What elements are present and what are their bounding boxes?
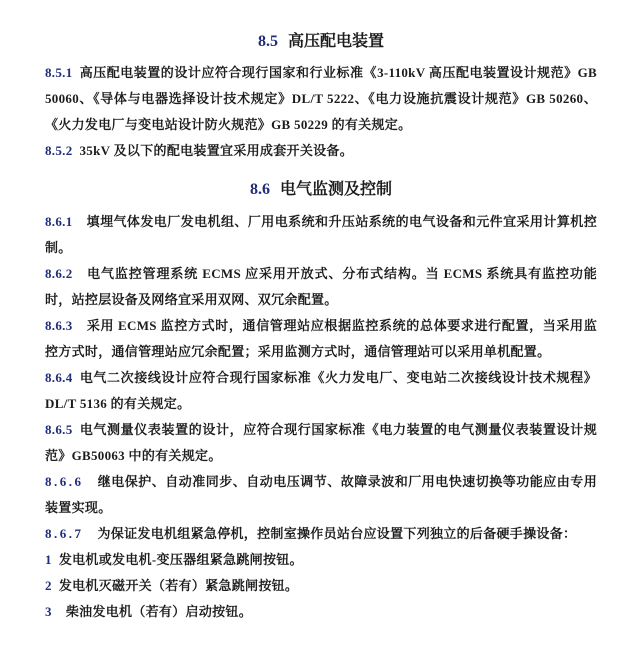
list-item-number: 3 — [45, 604, 52, 619]
section-title: 高压配电装置 — [288, 33, 384, 50]
clause-paragraph-8-6-5: 8.6.5电气测量仪表装置的设计，应符合现行国家标准《电力装置的电气测量仪表装置… — [45, 417, 597, 469]
list-item-text: 发电机或发电机-变压器组紧急跳闸按钮。 — [59, 552, 303, 567]
clause-number: 8.6.3 — [45, 318, 73, 333]
clause-number: 8.6.2 — [45, 266, 73, 281]
clause-text: 继电保护、自动准同步、自动电压调节、故障录波和厂用电快速切换等功能应由专用装置实… — [45, 474, 597, 515]
section-title: 电气监测及控制 — [280, 181, 392, 198]
document-page: 8.5高压配电装置 8.5.1高压配电装置的设计应符合现行国家和行业标准《3-1… — [0, 0, 640, 653]
list-item-1: 1发电机或发电机-变压器组紧急跳闸按钮。 — [45, 547, 597, 573]
clause-text: 35kV 及以下的配电装置宜采用成套开关设备。 — [80, 143, 354, 158]
clause-paragraph-8-6-6: 8.6.6继电保护、自动准同步、自动电压调节、故障录波和厂用电快速切换等功能应由… — [45, 469, 597, 521]
clause-number: 8.5.2 — [45, 143, 73, 158]
list-item-number: 2 — [45, 578, 52, 593]
clause-paragraph-8-6-3: 8.6.3采用 ECMS 监控方式时，通信管理站应根据监控系统的总体要求进行配置… — [45, 313, 597, 365]
clause-paragraph-8-6-2: 8.6.2电气监控管理系统 ECMS 应采用开放式、分布式结构。当 ECMS 系… — [45, 261, 597, 313]
clause-number: 8.5.1 — [45, 65, 73, 80]
list-item-2: 2发电机灭磁开关（若有）紧急跳闸按钮。 — [45, 573, 597, 599]
clause-number: 8.6.5 — [45, 422, 73, 437]
list-item-text: 发电机灭磁开关（若有）紧急跳闸按钮。 — [59, 578, 298, 593]
clause-paragraph-8-6-7: 8.6.7为保证发电机组紧急停机，控制室操作员站台应设置下列独立的后备硬手操设备… — [45, 521, 597, 547]
section-number: 8.5 — [258, 33, 278, 50]
clause-number: 8.6.1 — [45, 214, 73, 229]
clause-text: 为保证发电机组紧急停机，控制室操作员站台应设置下列独立的后备硬手操设备： — [98, 526, 577, 541]
section-heading-8-6: 8.6电气监测及控制 — [45, 178, 597, 202]
clause-text: 电气监控管理系统 ECMS 应采用开放式、分布式结构。当 ECMS 系统具有监控… — [45, 266, 597, 307]
clause-paragraph-8-5-1: 8.5.1高压配电装置的设计应符合现行国家和行业标准《3-110kV 高压配电装… — [45, 60, 597, 138]
list-item-number: 1 — [45, 552, 52, 567]
clause-text: 采用 ECMS 监控方式时，通信管理站应根据监控系统的总体要求进行配置，当采用监… — [45, 318, 597, 359]
list-item-3: 3柴油发电机（若有）启动按钮。 — [45, 599, 597, 625]
clause-text: 电气测量仪表装置的设计，应符合现行国家标准《电力装置的电气测量仪表装置设计规范》… — [45, 422, 597, 463]
clause-number: 8.6.6 — [45, 474, 84, 489]
clause-text: 填埋气体发电厂发电机组、厂用电系统和升压站系统的电气设备和元件宜采用计算机控制。 — [45, 214, 597, 255]
clause-paragraph-8-5-2: 8.5.235kV 及以下的配电装置宜采用成套开关设备。 — [45, 138, 597, 164]
clause-text: 电气二次接线设计应符合现行国家标准《火力发电厂、变电站二次接线设计技术规程》DL… — [45, 370, 597, 411]
clause-paragraph-8-6-4: 8.6.4电气二次接线设计应符合现行国家标准《火力发电厂、变电站二次接线设计技术… — [45, 365, 597, 417]
clause-text: 高压配电装置的设计应符合现行国家和行业标准《3-110kV 高压配电装置设计规范… — [45, 65, 597, 132]
section-number: 8.6 — [250, 181, 270, 198]
clause-paragraph-8-6-1: 8.6.1填埋气体发电厂发电机组、厂用电系统和升压站系统的电气设备和元件宜采用计… — [45, 209, 597, 261]
list-item-text: 柴油发电机（若有）启动按钮。 — [66, 604, 252, 619]
clause-number: 8.6.7 — [45, 526, 84, 541]
clause-number: 8.6.4 — [45, 370, 73, 385]
section-heading-8-5: 8.5高压配电装置 — [45, 30, 597, 54]
